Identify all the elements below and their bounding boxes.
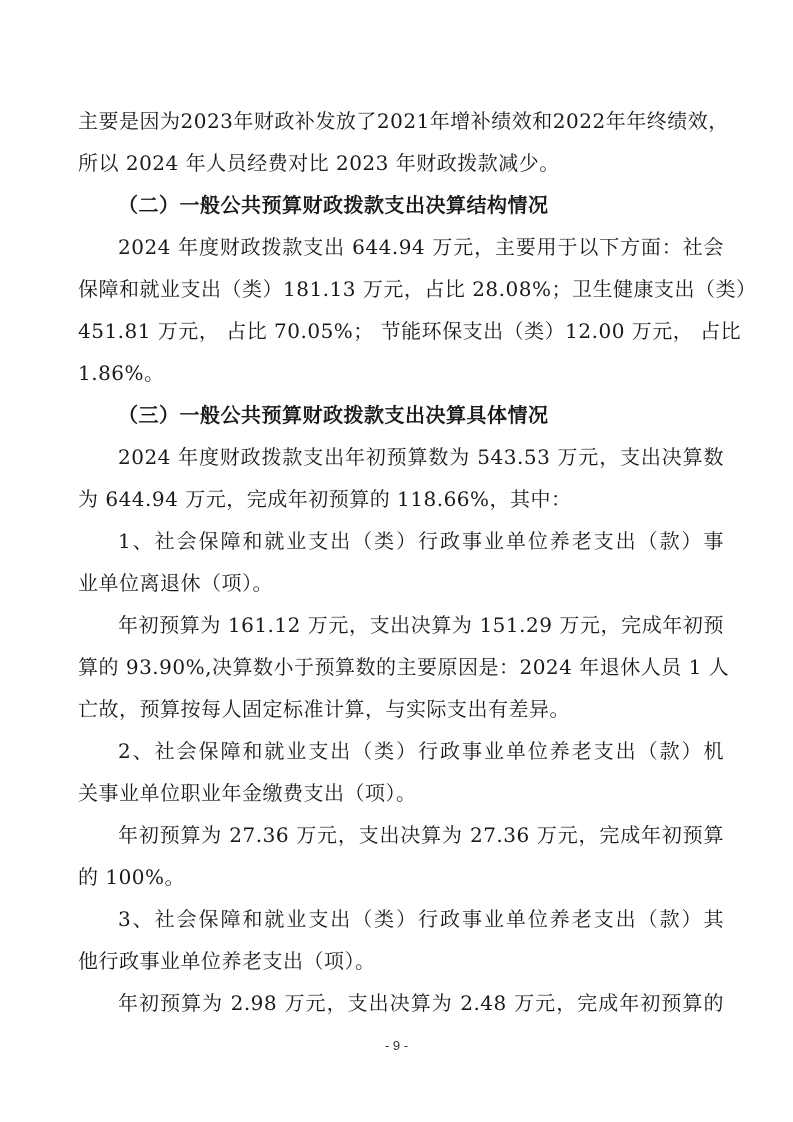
item-3-title-line: 3、社会保障和就业支出（类）行政事业单位养老支出（款）其 bbox=[78, 898, 724, 940]
section-heading-structure: （二）一般公共预算财政拨款支出决算结构情况 bbox=[78, 184, 724, 226]
item-2-title-line: 关事业单位职业年金缴费支出（项）。 bbox=[78, 772, 724, 814]
item-1-detail-line: 年初预算为 161.12 万元，支出决算为 151.29 万元，完成年初预 bbox=[78, 604, 724, 646]
item-1-detail-line: 亡故，预算按每人固定标准计算，与实际支出有差异。 bbox=[78, 688, 724, 730]
paragraph-line: 保障和就业支出（类）181.13 万元，占比 28.08%；卫生健康支出（类） bbox=[78, 268, 724, 310]
section-heading-details: （三）一般公共预算财政拨款支出决算具体情况 bbox=[78, 394, 724, 436]
document-body: 主要是因为2023年财政补发放了2021年增补绩效和2022年年终绩效， 所以 … bbox=[78, 100, 724, 1024]
paragraph-line: 1.86%。 bbox=[78, 352, 724, 394]
paragraph-line: 所以 2024 年人员经费对比 2023 年财政拨款减少。 bbox=[78, 142, 724, 184]
item-2-detail-line: 的 100%。 bbox=[78, 856, 724, 898]
item-2-detail-line: 年初预算为 27.36 万元，支出决算为 27.36 万元，完成年初预算 bbox=[78, 814, 724, 856]
paragraph-line: 2024 年度财政拨款支出 644.94 万元，主要用于以下方面：社会 bbox=[78, 226, 724, 268]
item-1-detail-line: 算的 93.90%,决算数小于预算数的主要原因是：2024 年退休人员 1 人 bbox=[78, 646, 724, 688]
item-2-title-line: 2、社会保障和就业支出（类）行政事业单位养老支出（款）机 bbox=[78, 730, 724, 772]
page-number: - 9 - bbox=[0, 1038, 793, 1053]
item-3-detail-line: 年初预算为 2.98 万元，支出决算为 2.48 万元，完成年初预算的 bbox=[78, 982, 724, 1024]
paragraph-line: 2024 年度财政拨款支出年初预算数为 543.53 万元，支出决算数 bbox=[78, 436, 724, 478]
paragraph-line: 主要是因为2023年财政补发放了2021年增补绩效和2022年年终绩效， bbox=[78, 100, 724, 142]
paragraph-line: 为 644.94 万元，完成年初预算的 118.66%，其中： bbox=[78, 478, 724, 520]
paragraph-line: 451.81 万元， 占比 70.05%； 节能环保支出（类）12.00 万元，… bbox=[78, 310, 724, 352]
item-1-title-line: 1、社会保障和就业支出（类）行政事业单位养老支出（款）事 bbox=[78, 520, 724, 562]
item-1-title-line: 业单位离退休（项）。 bbox=[78, 562, 724, 604]
item-3-title-line: 他行政事业单位养老支出（项）。 bbox=[78, 940, 724, 982]
